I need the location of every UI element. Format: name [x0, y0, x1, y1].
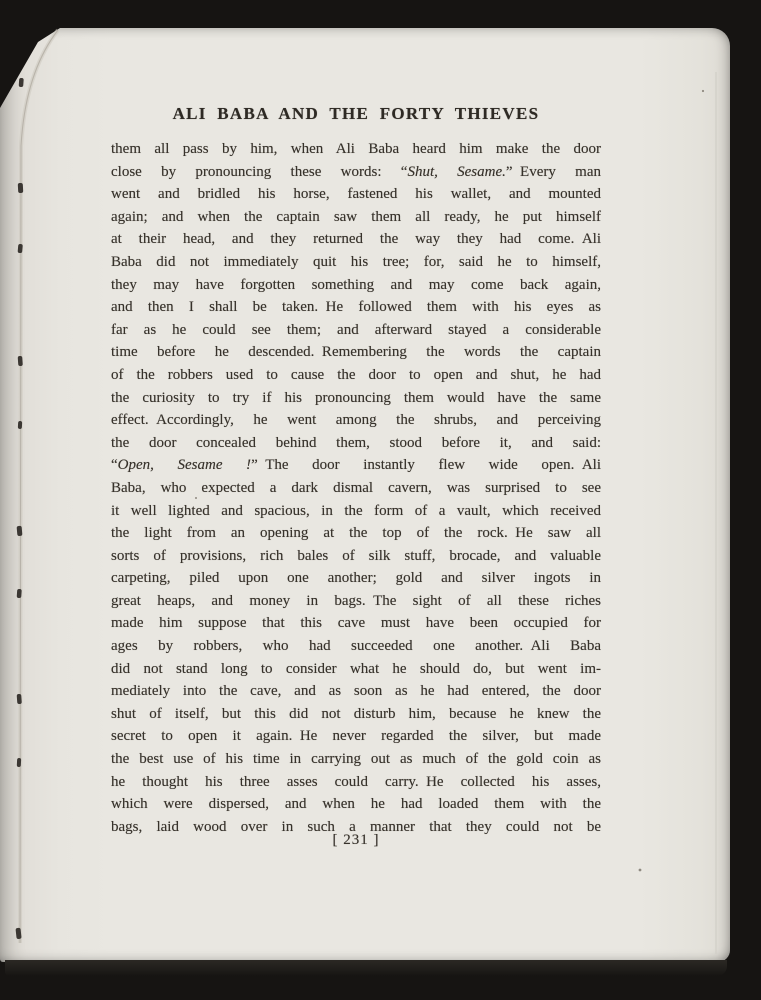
text-line: secret to open it again. He never regard…	[111, 725, 601, 748]
text-line: “Open, Sesame !” The door instantly flew…	[111, 454, 601, 477]
gutter-fold-shadow	[20, 30, 58, 943]
text-line: time before he descended. Remembering th…	[111, 341, 601, 364]
text-line: did not stand long to consider what he s…	[111, 658, 601, 681]
text-line: they may have forgotten something and ma…	[111, 274, 601, 297]
text-line: great heaps, and money in bags. The sigh…	[111, 590, 601, 613]
text-line: far as he could see them; and afterward …	[111, 319, 601, 342]
scan-background: { "book": { "header": "ALI BABA AND THE …	[0, 0, 761, 1000]
text-line: the curiosity to try if his pronouncing …	[111, 387, 601, 410]
text-line: effect. Accordingly, he went among the s…	[111, 409, 601, 432]
book-page: ALI BABA AND THE FORTY THIEVES them all …	[0, 28, 730, 962]
text-line: Baba did not immediately quit his tree; …	[111, 251, 601, 274]
text-line: which were dispersed, and when he had lo…	[111, 793, 601, 816]
text-line: went and bridled his horse, fastened his…	[111, 183, 601, 206]
body-text: them all pass by him, when Ali Baba hear…	[111, 138, 601, 838]
text-line: it well lighted and spacious, in the for…	[111, 500, 601, 523]
text-line: Baba, who expected a dark dismal cavern,…	[111, 477, 601, 500]
text-line: the door concealed behind them, stood be…	[111, 432, 601, 455]
running-head: ALI BABA AND THE FORTY THIEVES	[111, 104, 601, 124]
text-line: the best use of his time in carrying out…	[111, 748, 601, 771]
text-line: again; and when the captain saw them all…	[111, 206, 601, 229]
text-line: carpeting, piled upon one another; gold …	[111, 567, 601, 590]
gutter-fold-line	[20, 30, 58, 943]
text-line: at their head, and they returned the way…	[111, 228, 601, 251]
text-line: he thought his three asses could carry. …	[111, 771, 601, 794]
text-line: ages by robbers, who had succeeded one a…	[111, 635, 601, 658]
text-line: close by pronouncing these words: “Shut,…	[111, 161, 601, 184]
page-number: [ 231 ]	[111, 832, 601, 849]
text-line: shut of itself, but this did not disturb…	[111, 703, 601, 726]
book-bottom-edge	[5, 960, 727, 976]
text-line: and then I shall be taken. He followed t…	[111, 296, 601, 319]
text-line: sorts of provisions, rich bales of silk …	[111, 545, 601, 568]
text-line: the light from an opening at the top of …	[111, 522, 601, 545]
text-line: of the robbers used to cause the door to…	[111, 364, 601, 387]
text-line: made him suppose that this cave must hav…	[111, 612, 601, 635]
text-line: them all pass by him, when Ali Baba hear…	[111, 138, 601, 161]
text-line: mediately into the cave, and as soon as …	[111, 680, 601, 703]
